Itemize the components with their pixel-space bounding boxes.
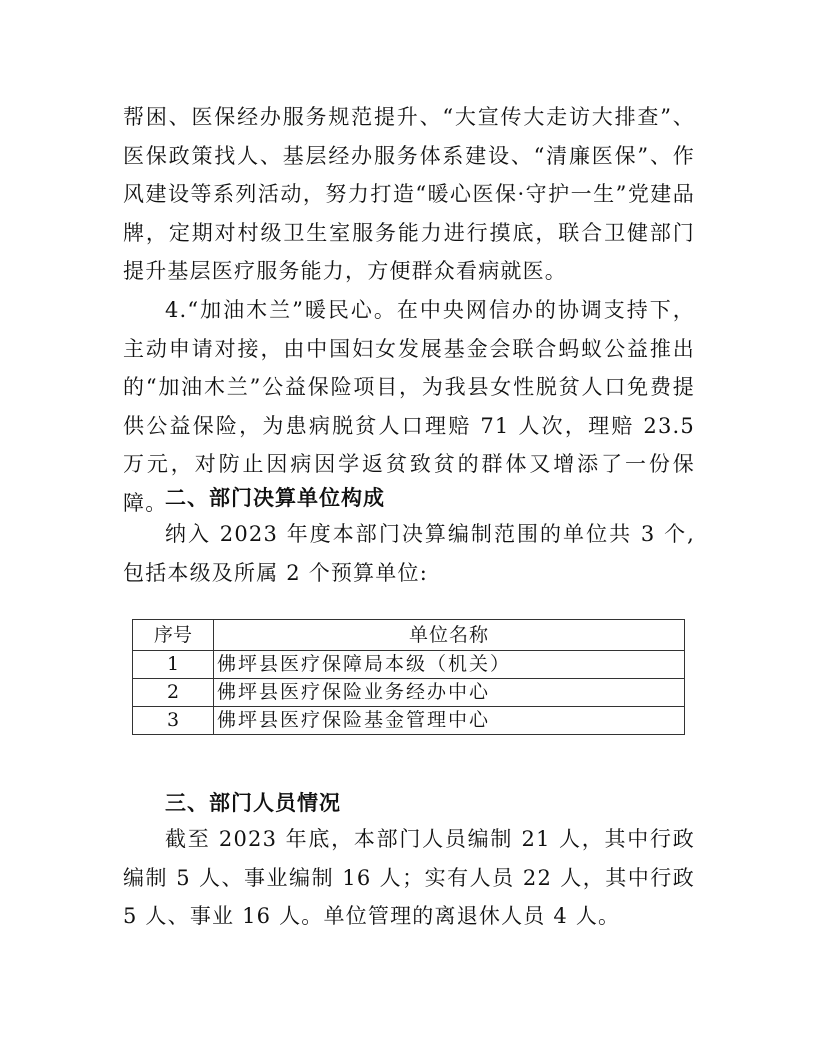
paragraph-party-building: 帮困、医保经办服务规范提升、“大宣传大走访大排查”、医保政策找人、基层经办服务体… [123, 98, 695, 291]
table-row: 2 佛坪县医疗保险业务经办中心 [133, 679, 685, 707]
unit-name: 佛坪县医疗保险基金管理中心 [214, 707, 685, 735]
column-header-unit-name: 单位名称 [214, 620, 685, 651]
section-heading-unit-composition: 二、部门决算单位构成 [165, 482, 385, 512]
unit-name: 佛坪县医疗保障局本级（机关） [214, 651, 685, 679]
table-header-row: 序号 单位名称 [133, 620, 685, 651]
row-number: 1 [133, 651, 214, 679]
table-row: 1 佛坪县医疗保障局本级（机关） [133, 651, 685, 679]
paragraph-staffing: 截至 2023 年底，本部门人员编制 21 人，其中行政编制 5 人、事业编制 … [123, 820, 695, 936]
row-number: 3 [133, 707, 214, 735]
column-header-number: 序号 [133, 620, 214, 651]
table-row: 3 佛坪县医疗保险基金管理中心 [133, 707, 685, 735]
row-number: 2 [133, 679, 214, 707]
unit-name: 佛坪县医疗保险业务经办中心 [214, 679, 685, 707]
paragraph-unit-intro: 纳入 2023 年度本部门决算编制范围的单位共 3 个,包括本级及所属 2 个预… [123, 515, 695, 592]
document-page: 帮困、医保经办服务规范提升、“大宣传大走访大排查”、医保政策找人、基层经办服务体… [0, 0, 816, 1056]
section-heading-staffing: 三、部门人员情况 [165, 787, 341, 817]
units-table: 序号 单位名称 1 佛坪县医疗保障局本级（机关） 2 佛坪县医疗保险业务经办中心… [132, 619, 685, 735]
